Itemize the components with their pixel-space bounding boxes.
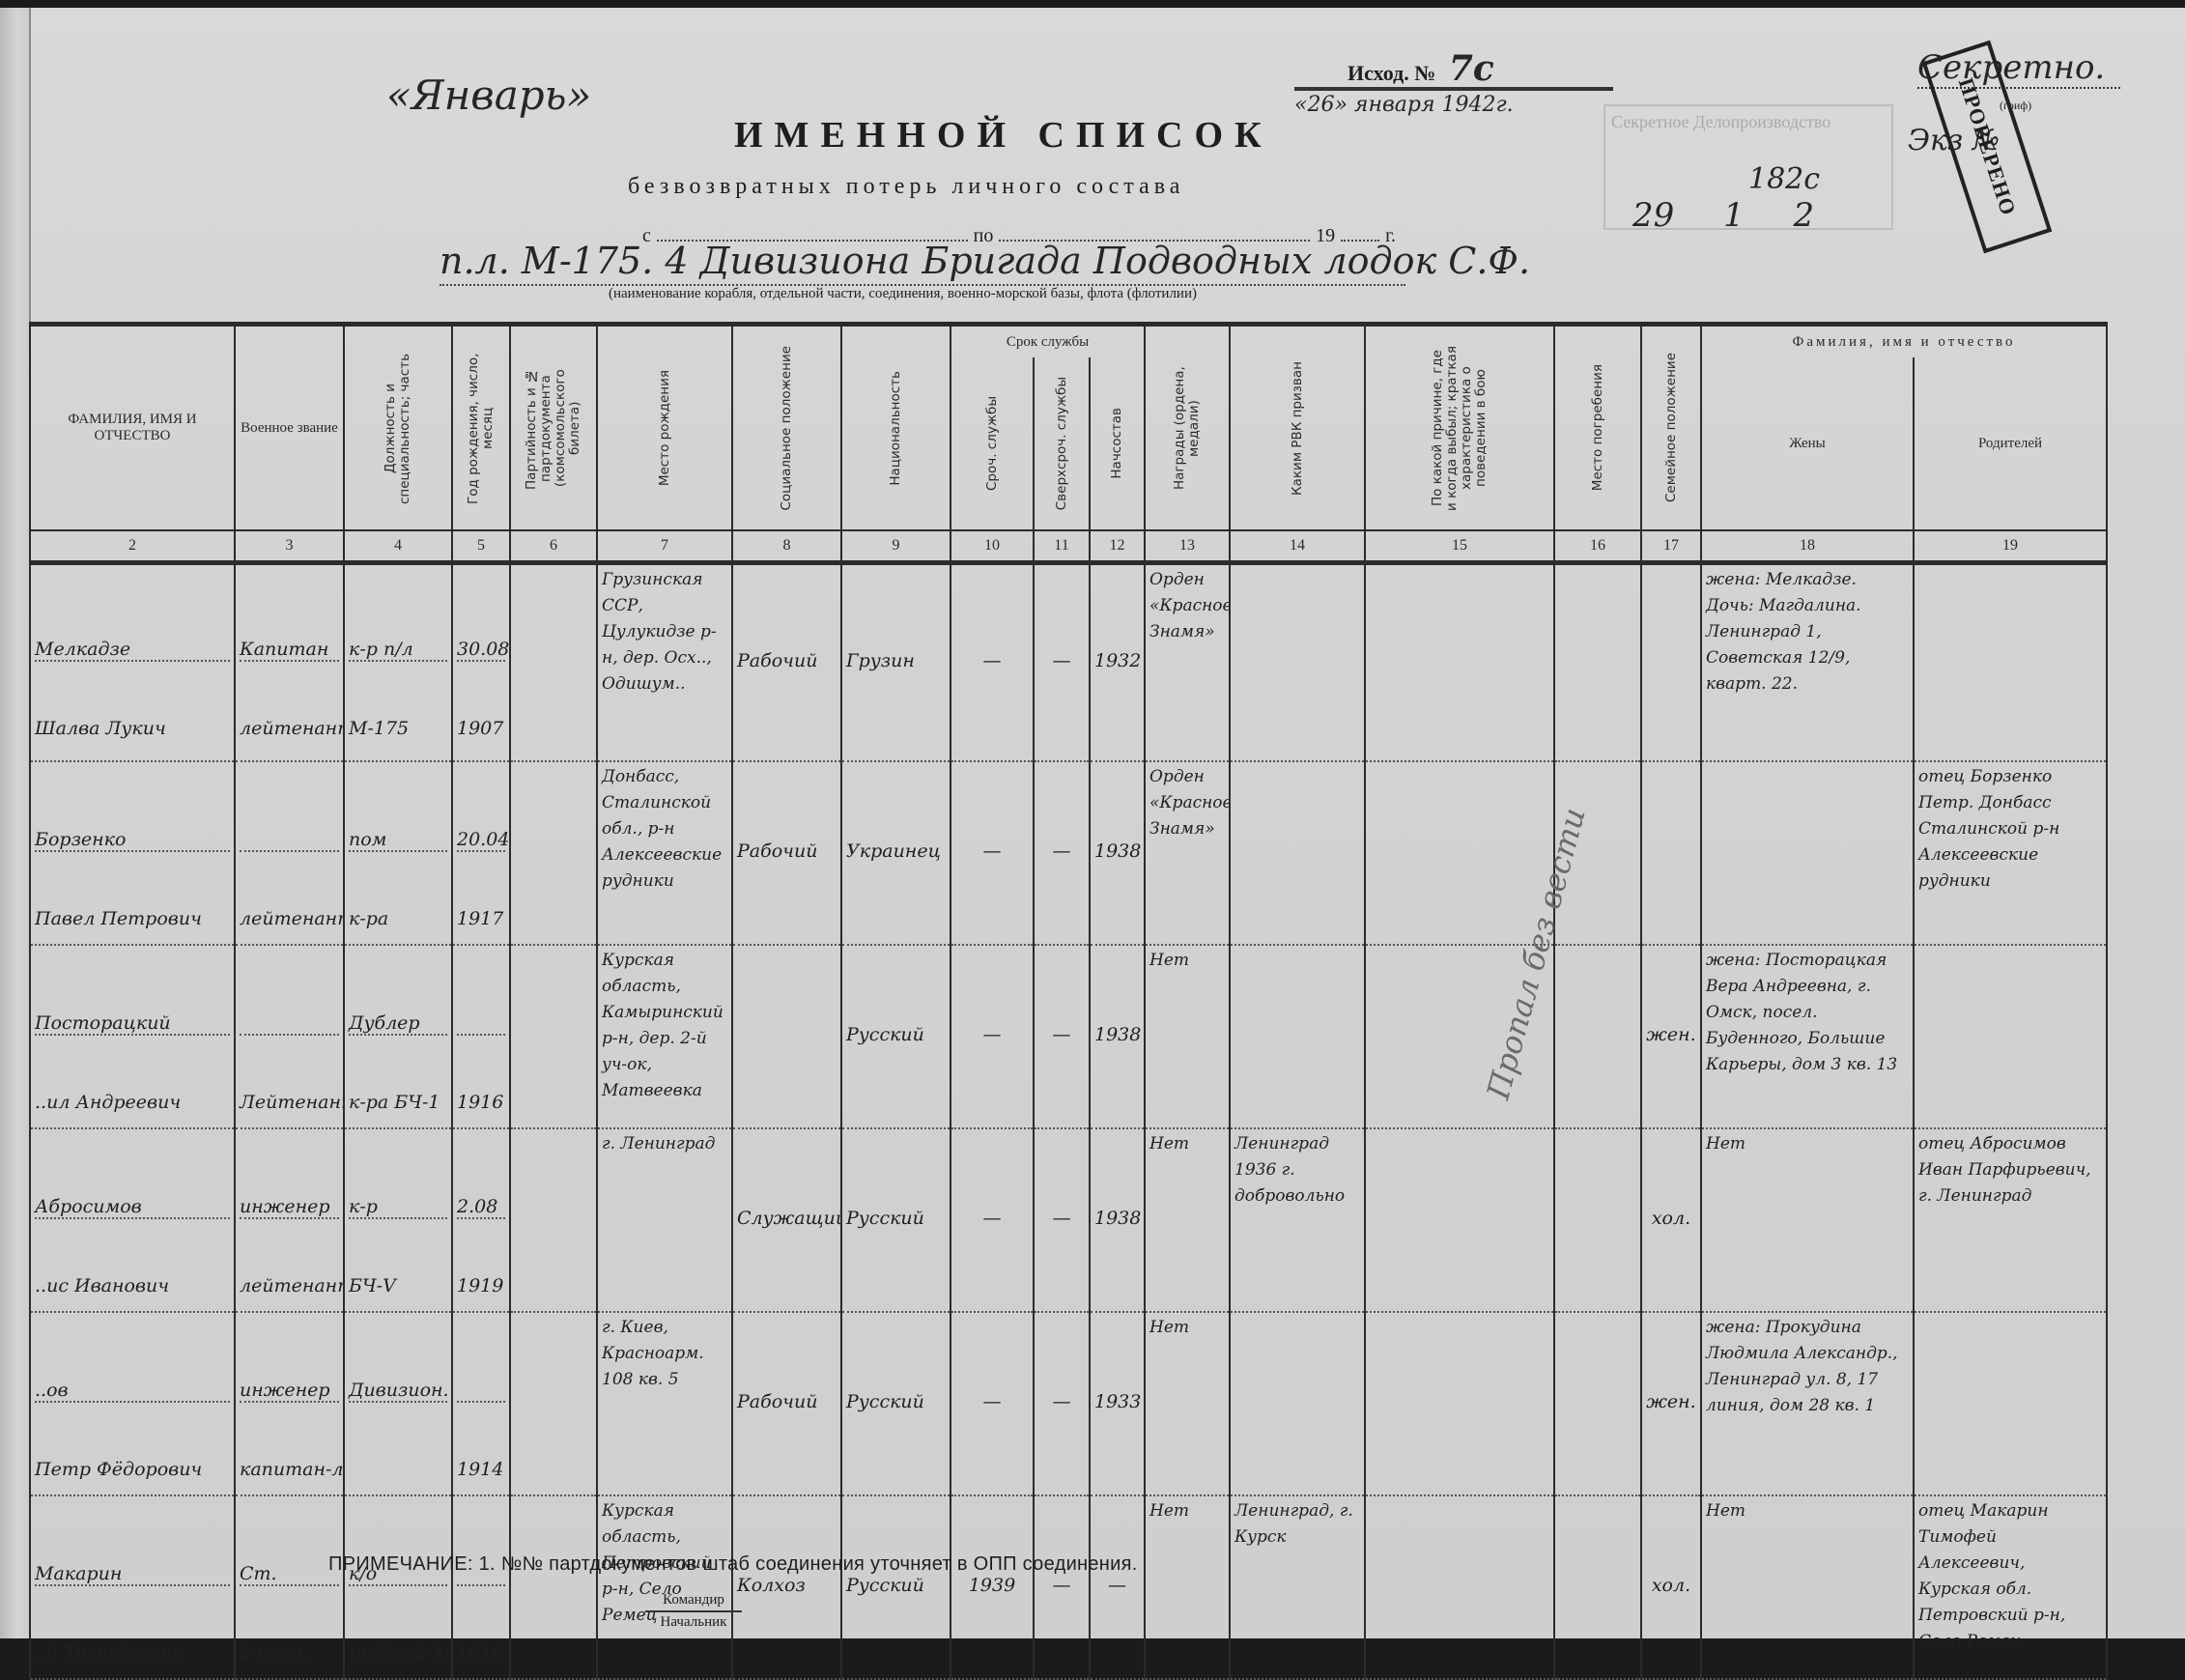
col-num: 2 [30,530,235,563]
col-num: 4 [344,530,452,563]
cell-reason [1365,1495,1554,1645]
signature-chief-label: Начальник [645,1614,742,1631]
registration-number: 182с [1748,162,1820,196]
cell-post: помк-ра [344,761,452,945]
cell-party-doc [510,945,597,1128]
cell-party-doc [510,563,597,761]
cell-burial [1554,1495,1641,1645]
cell-name-line-1: Посторацкий [35,956,230,1036]
col-num: 6 [510,530,597,563]
cell-service-extended: — [1034,761,1090,945]
cell-birth-date: 1914 [452,1312,510,1495]
cell-name-line-2: ..ил Андреевич [35,1036,230,1113]
cell-service-officer: 1933 [1090,1312,1145,1495]
col-header-party: Партийность и № партдокумента (комсомоль… [510,325,597,531]
cell-post: к-рБЧ-V [344,1128,452,1312]
cell-service-conscript: — [951,945,1034,1128]
cell-service-officer: 1938 [1090,1128,1145,1312]
col-num: 16 [1554,530,1641,563]
cell-birth-date-line-2: 1919 [457,1586,505,1645]
cell-social-status: Рабочий [732,1312,841,1495]
cell-rvk [1230,563,1365,761]
cell-burial [1554,945,1641,1128]
cell-rank: лейтенант [235,761,344,945]
cell-rank-line-2: Лейтенант [240,1036,339,1113]
cell-wife: Нет [1701,1128,1914,1312]
month-note: «Январь» [386,71,591,119]
cell-name-line-2: Шалва Лукич [35,662,230,739]
col-num: 14 [1230,530,1365,563]
cell-rank-line-2: лейтенант [240,662,339,739]
cell-birthplace: Грузинская ССР, Цулукидзе р-н, дер. Осх.… [597,563,732,761]
cell-birth-date-line-1: 30.08 [457,583,505,662]
cell-service-conscript: — [951,563,1034,761]
cell-name-line-2: Петр Фёдорович [35,1403,230,1480]
cell-post-line-2 [349,1403,447,1480]
document-subtitle: безвозвратных потерь личного состава [628,174,1184,200]
col-num: 15 [1365,530,1554,563]
cell-name-line-1: Борзенко [35,773,230,852]
cell-birth-date-line-1: 2.08 [457,1140,505,1219]
outgoing-date: «26» января 1942г. [1294,87,1613,117]
column-number-row: 2 3 4 5 6 7 8 9 10 11 12 13 14 15 16 17 [30,530,2107,563]
cell-birth-date: 20.041917 [452,761,510,945]
col-header-rvk: Каким РВК призван [1230,325,1365,531]
cell-parents: отец Абросимов Иван Парфирьевич, г. Лени… [1914,1128,2107,1312]
cell-rank-line-1 [240,773,339,852]
cell-birth-date: 30.081907 [452,563,510,761]
cell-post-line-2: БЧ-V [349,1219,447,1296]
cell-name: Абросимов..ис Иванович [30,1128,235,1312]
col-header-name: ФАМИЛИЯ, ИМЯ И ОТЧЕСТВО [30,325,235,531]
cell-name: МелкадзеШалва Лукич [30,563,235,761]
cell-rank-line-2: 2-й ст. [240,1586,339,1645]
footnote: ПРИМЕЧАНИЕ: 1. №№ партдокументов штаб со… [328,1553,1138,1576]
col-group-family: Фамилия, имя и отчество [1701,325,2107,358]
cell-birth-date-line-2: 1907 [457,662,505,739]
signature-divider [645,1610,742,1612]
col-header-nationality: Национальность [841,325,951,531]
signature-block: Командир Начальник [645,1592,742,1631]
cell-rank: инженеркапитан-лейтенант [235,1312,344,1495]
cell-burial [1554,1128,1641,1312]
outgoing-number: Исход. № 7с [1348,48,1494,89]
binding-edge [0,8,31,1638]
cell-wife: жена: Посторацкая Вера Андреевна, г. Омс… [1701,945,1914,1128]
cell-parents: отец Макарин Тимофей Алексеевич, Курская… [1914,1495,2107,1645]
outgoing-number-value: 7с [1449,48,1494,89]
cell-nationality: Украинец [841,761,951,945]
cell-post: Дивизион. механик [344,1312,452,1495]
cell-name-line-1: ..ов [35,1324,230,1403]
cell-family-status: жен. [1641,945,1701,1128]
cell-post-line-1: к-р [349,1140,447,1219]
col-header-birthplace: Место рождения [597,325,732,531]
cell-birthplace: г. Ленинград [597,1128,732,1312]
cell-family-status [1641,563,1701,761]
cell-birth-date-line-1 [457,956,505,1036]
cell-birth-date-line-1: 20.04 [457,773,505,852]
col-num: 13 [1145,530,1230,563]
table-row: Абросимов..ис Ивановичинженерлейтенантк-… [30,1128,2107,1312]
col-num: 5 [452,530,510,563]
cell-rank-line-1: инженер [240,1140,339,1219]
cell-birth-date-line-2: 1917 [457,852,505,929]
cell-post-line-1: Дивизион. механик [349,1324,447,1403]
cell-party-doc [510,761,597,945]
cell-birthplace: Донбасс, Сталинской обл., р-н Алексеевск… [597,761,732,945]
cell-family-status: хол. [1641,1128,1701,1312]
table-row: БорзенкоПавел Петровичлейтенантпомк-ра20… [30,761,2107,945]
cell-name: Посторацкий..ил Андреевич [30,945,235,1128]
cell-service-conscript: — [951,1312,1034,1495]
cell-post-line-2: рулевой М-175 [349,1586,447,1645]
cell-service-extended: — [1034,1312,1090,1495]
cell-social-status [732,945,841,1128]
cell-awards: Нет [1145,1128,1230,1312]
cell-birth-date-line-2: 1914 [457,1403,505,1480]
cell-nationality: Грузин [841,563,951,761]
cell-family-status: хол. [1641,1495,1701,1645]
cell-wife: Нет [1701,1495,1914,1645]
col-header-srochn: Сроч. службы [951,357,1034,530]
cell-awards: Орден «Красное Знамя» [1145,761,1230,945]
cell-party-doc [510,1312,597,1495]
document-sheet: «Январь» ИМЕННОЙ СПИСОК безвозвратных по… [0,8,2185,1638]
cell-post-line-2: к-ра БЧ-1 [349,1036,447,1113]
registration-date: 29 1 2 [1632,196,1814,235]
cell-service-extended: — [1034,563,1090,761]
page-number: 10 [377,1640,389,1644]
col-header-reason: По какой причине, где и когда выбыл; кра… [1365,325,1554,531]
cell-service-conscript: — [951,761,1034,945]
col-num: 17 [1641,530,1701,563]
col-header-burial: Место погребения [1554,325,1641,531]
cell-social-status: Рабочий [732,761,841,945]
cell-rvk [1230,1312,1365,1495]
cell-post-line-2: М-175 [349,662,447,739]
col-header-post: Должность и специальность; часть [344,325,452,531]
cell-awards: Нет [1145,1312,1230,1495]
col-header-nachsostav: Начсостав [1090,357,1145,530]
cell-parents: отец Борзенко Петр. Донбасс Сталинской р… [1914,761,2107,945]
cell-rank: Капитанлейтенант [235,563,344,761]
col-num: 12 [1090,530,1145,563]
cell-reason [1365,563,1554,761]
cell-name-line-2: Павел Петрович [35,852,230,929]
cell-rvk [1230,761,1365,945]
cell-rank-line-1: Капитан [240,583,339,662]
cell-rvk [1230,945,1365,1128]
unit-name: п.л. М-175. 4 Дивизиона Бригада Подводны… [440,240,1405,286]
col-header-social: Социальное положение [732,325,841,531]
cell-name-line-2: ..ис Иванович [35,1219,230,1296]
cell-rank-line-1 [240,956,339,1036]
cell-nationality: Русский [841,1312,951,1495]
cell-reason [1365,1128,1554,1312]
col-num: 7 [597,530,732,563]
cell-rank-line-1: Ст. [240,1507,339,1586]
cell-post-line-1: пом [349,773,447,852]
col-num: 10 [951,530,1034,563]
cell-parents [1914,1312,2107,1495]
cell-birth-date-line-2: 1919 [457,1219,505,1296]
cell-wife: жена: Мелкадзе. Дочь: Магдалина. Ленингр… [1701,563,1914,761]
unit-caption: (наименование корабля, отдельной части, … [609,286,1197,302]
col-header-sverkh: Сверхсроч. службы [1034,357,1090,530]
cell-awards: Нет [1145,945,1230,1128]
cell-rank: Лейтенант [235,945,344,1128]
cell-post: Дублерк-ра БЧ-1 [344,945,452,1128]
personnel-loss-table: ФАМИЛИЯ, ИМЯ И ОТЧЕСТВО Военное звание Д… [29,322,2106,1644]
cell-rvk: Ленинград, г. Курск [1230,1495,1365,1645]
col-header-family-status: Семейное положение [1641,325,1701,531]
cell-service-conscript: — [951,1128,1034,1312]
col-num: 9 [841,530,951,563]
cell-name-line-1: Абросимов [35,1140,230,1219]
cell-service-officer: 1938 [1090,945,1145,1128]
cell-reason [1365,1312,1554,1495]
cell-rank: инженерлейтенант [235,1128,344,1312]
cell-service-extended: — [1034,945,1090,1128]
cell-family-status [1641,761,1701,945]
table-row: ..овПетр Фёдоровичинженеркапитан-лейтена… [30,1312,2107,1495]
cell-birthplace: Курская область, Камыринский р-н, дер. 2… [597,945,732,1128]
cell-birth-date: 1916 [452,945,510,1128]
cell-social-status: Служащий [732,1128,841,1312]
cell-service-officer: 1938 [1090,761,1145,945]
col-header-birth: Год рождения, число, месяц [452,325,510,531]
cell-burial [1554,1312,1641,1495]
cell-awards: Нет [1145,1495,1230,1645]
col-header-parents: Родителей [1914,357,2107,530]
cell-name-line-2: ..б Тимофеевич [35,1586,230,1645]
checked-stamp-text: ПРОВЕРЕНО [1953,75,2022,219]
col-num: 11 [1034,530,1090,563]
cell-service-officer: 1932 [1090,563,1145,761]
cell-rank-line-2: капитан-лейтенант [240,1403,339,1480]
col-num: 8 [732,530,841,563]
cell-post-line-1: к-р п/л [349,583,447,662]
signature-commander-label: Командир [645,1592,742,1609]
cell-birth-date-line-1 [457,1324,505,1403]
cell-birthplace: г. Киев, Красноарм. 108 кв. 5 [597,1312,732,1495]
cell-wife [1701,761,1914,945]
col-num: 18 [1701,530,1914,563]
table-row: МелкадзеШалва ЛукичКапитанлейтенантк-р п… [30,563,2107,761]
cell-post-line-2: к-ра [349,852,447,929]
cell-social-status: Рабочий [732,563,841,761]
col-header-wives: Жены [1701,357,1914,530]
col-group-service: Срок службы [951,325,1145,358]
cell-party-doc [510,1128,597,1312]
cell-family-status: жен. [1641,1312,1701,1495]
cell-name: Макарин..б Тимофеевич [30,1495,235,1645]
cell-rank-line-2: лейтенант [240,852,339,929]
col-num: 3 [235,530,344,563]
cell-service-extended: — [1034,1128,1090,1312]
cell-post-line-1: Дублер [349,956,447,1036]
cell-post: к-р п/лМ-175 [344,563,452,761]
table-row: Посторацкий..ил АндреевичЛейтенантДублер… [30,945,2107,1128]
col-header-rank: Военное звание [235,325,344,531]
cell-name-line-1: Макарин [35,1507,230,1586]
cell-nationality: Русский [841,1128,951,1312]
outgoing-label: Исход. № [1348,61,1435,85]
cell-parents [1914,563,2107,761]
cell-birth-date: 2.081919 [452,1128,510,1312]
col-header-awards: Награды (ордена, медали) [1145,325,1230,531]
cell-nationality: Русский [841,945,951,1128]
cell-name: ..овПетр Фёдорович [30,1312,235,1495]
cell-burial [1554,563,1641,761]
cell-rank-line-1: инженер [240,1324,339,1403]
cell-rank-line-2: лейтенант [240,1219,339,1296]
col-num: 19 [1914,530,2107,563]
cell-name: БорзенкоПавел Петрович [30,761,235,945]
document-title: ИМЕННОЙ СПИСОК [734,114,1273,157]
cell-rvk: Ленинград 1936 г. добровольно [1230,1128,1365,1312]
cell-awards: Орден «Красное Знамя» [1145,563,1230,761]
cell-wife: жена: Прокудина Людмила Александр., Лени… [1701,1312,1914,1495]
cell-name-line-1: Мелкадзе [35,583,230,662]
cell-birth-date-line-2: 1916 [457,1036,505,1113]
cell-parents [1914,945,2107,1128]
